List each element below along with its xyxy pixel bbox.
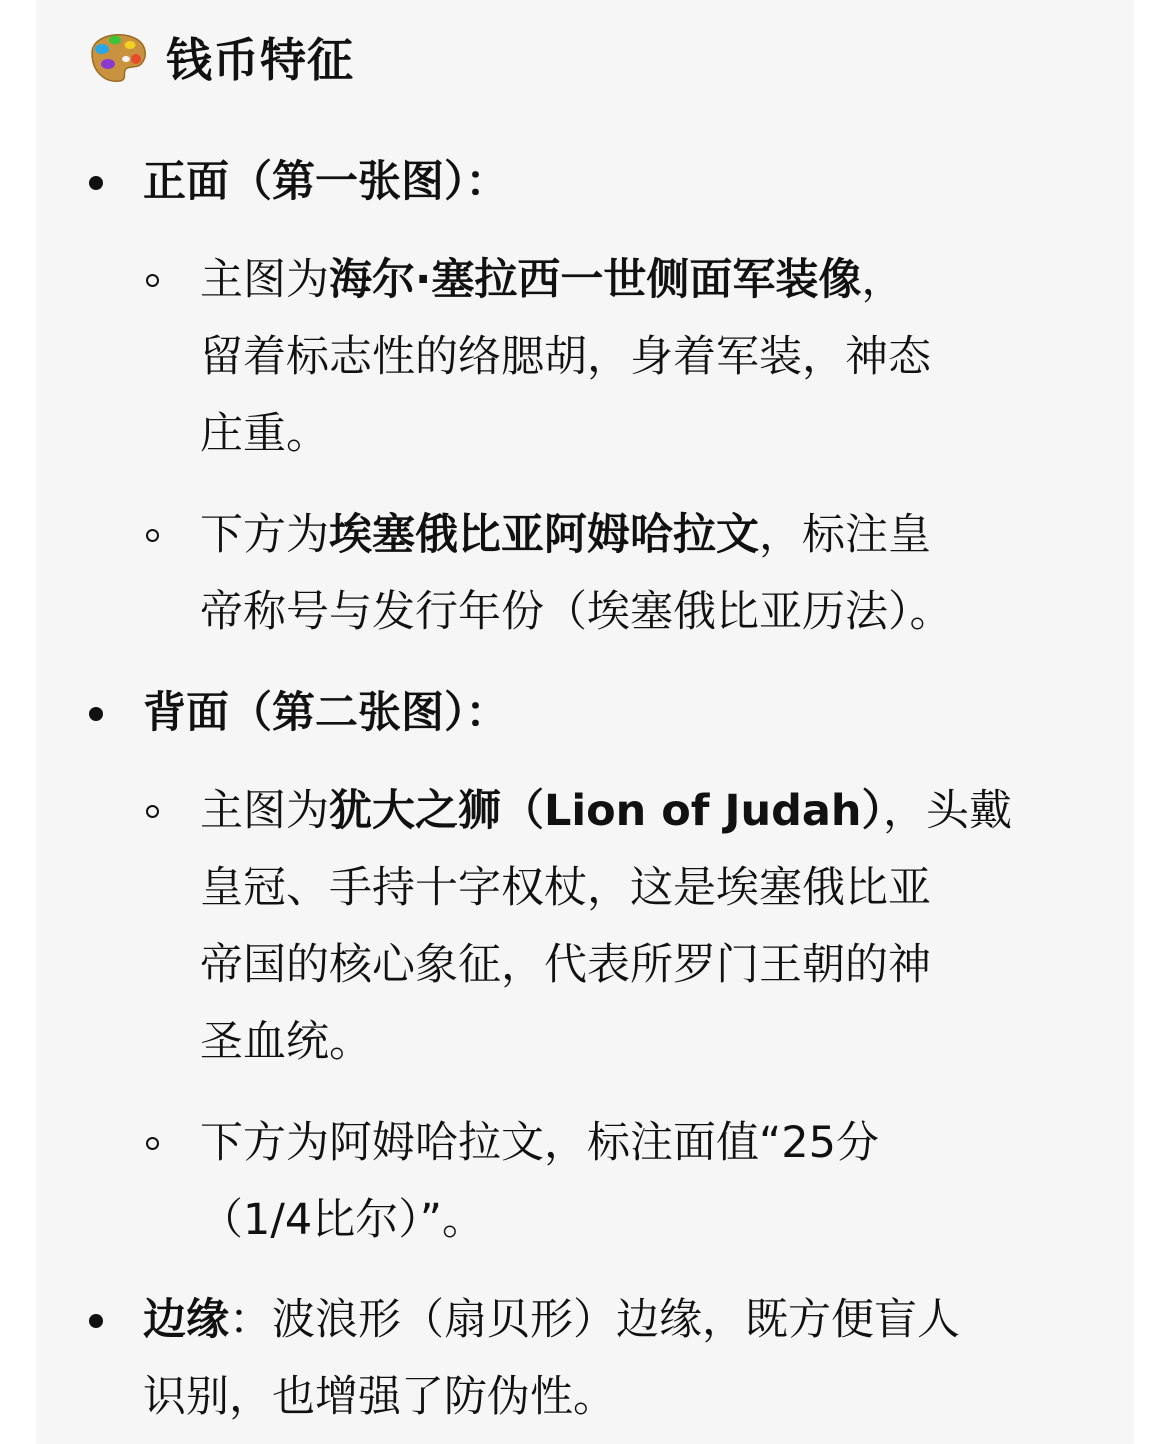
list-item-back-main-line3: 帝国的核心象征，代表所罗门王朝的神 bbox=[200, 927, 931, 1004]
list-item-front-label: 正面（第一张图）： bbox=[143, 144, 509, 221]
sub-bullet-icon bbox=[146, 805, 159, 818]
list-item-front-inscription-line2: 帝称号与发行年份（埃塞俄比亚历法）。 bbox=[200, 574, 953, 651]
list-item-front-main-line1: 主图为海尔·塞拉西一世侧面军装像， bbox=[200, 242, 904, 319]
list-item-front-main-line3: 庄重。 bbox=[200, 396, 329, 473]
section-heading: 钱币特征 bbox=[86, 22, 354, 92]
sub-bullet-icon bbox=[146, 274, 159, 287]
list-item-back-denomination-line2: （1/4比尔）”。 bbox=[200, 1182, 485, 1259]
list-item-back-main-line4: 圣血统。 bbox=[200, 1004, 372, 1081]
list-item-front-inscription-line1: 下方为埃塞俄比亚阿姆哈拉文，标注皇 bbox=[200, 497, 931, 574]
sub-bullet-icon bbox=[146, 1137, 159, 1150]
list-item-back-denomination-line1: 下方为阿姆哈拉文，标注面值“25分 bbox=[200, 1105, 879, 1182]
bullet-icon bbox=[89, 1314, 103, 1328]
sub-bullet-icon bbox=[146, 529, 159, 542]
list-item-edge-line2: 识别，也增强了防伪性。 bbox=[143, 1359, 616, 1436]
section-title: 钱币特征 bbox=[166, 24, 354, 90]
list-item-edge-line1: 边缘：波浪形（扇贝形）边缘，既方便盲人 bbox=[143, 1282, 960, 1359]
list-item-back-label: 背面（第二张图）： bbox=[143, 675, 509, 752]
list-item-front-main-line2: 留着标志性的络腮胡，身着军装，神态 bbox=[200, 319, 931, 396]
artist-palette-icon bbox=[86, 31, 150, 83]
bullet-icon bbox=[89, 707, 103, 721]
bullet-icon bbox=[89, 176, 103, 190]
list-item-back-main-line2: 皇冠、手持十字权杖，这是埃塞俄比亚 bbox=[200, 850, 931, 927]
list-item-back-main-line1: 主图为犹大之狮（Lion of Judah），头戴 bbox=[200, 773, 1012, 850]
